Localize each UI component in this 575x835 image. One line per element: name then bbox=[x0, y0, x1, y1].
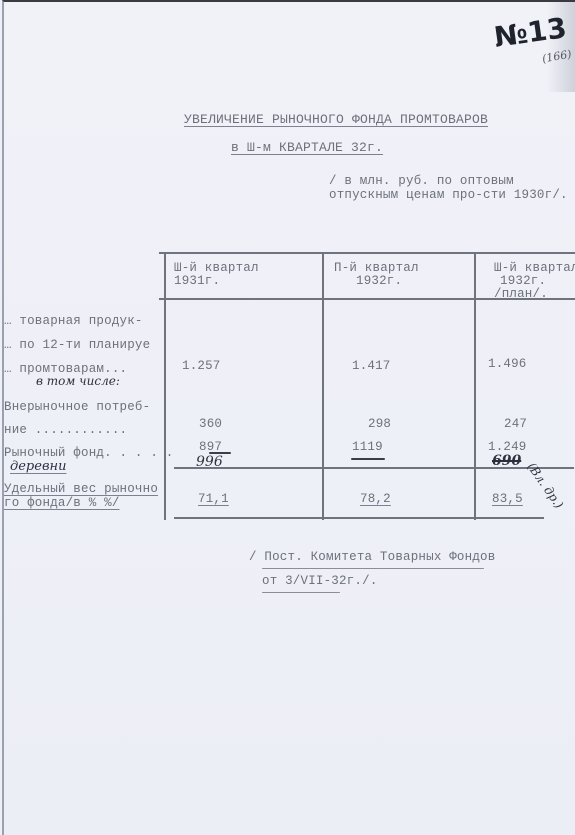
row-label-total-line1: … товарная продук- bbox=[4, 314, 143, 328]
value-share-1931-q3: 71,1 bbox=[198, 492, 229, 506]
units-note-line2: отпускным ценам про-сти 1930г/. bbox=[329, 188, 568, 202]
row-label-nonmarket-line2: ние ............ bbox=[4, 423, 127, 437]
source-line2: от 3/VII-32г./. bbox=[262, 574, 378, 588]
document-title-line2: в Ш-м КВАРТАЛЕ 32г. bbox=[231, 140, 383, 155]
units-note-line1: / в млн. руб. по оптовым bbox=[329, 174, 514, 188]
table-col-divider-2 bbox=[474, 252, 476, 520]
table-top-rule bbox=[159, 252, 575, 254]
row-label-share-line1: Удельный вес рыночно bbox=[4, 482, 158, 496]
document-page: №13 (166) УВЕЛИЧЕНИЕ РЫНОЧНОГО ФОНДА ПРО… bbox=[2, 0, 575, 835]
source-underline-2 bbox=[262, 592, 340, 593]
value-total-1932-q2: 1.417 bbox=[352, 359, 391, 373]
value-total-1931-q3: 1.257 bbox=[182, 359, 221, 373]
table-col-divider-1 bbox=[322, 252, 324, 520]
handwritten-including: в том числе: bbox=[36, 374, 120, 388]
handwritten-bar bbox=[209, 452, 231, 454]
table-col-divider-0 bbox=[164, 252, 166, 520]
value-market-1932-q3-plan: 1.249 bbox=[488, 440, 527, 454]
document-title-line1: УВЕЛИЧЕНИЕ РЫНОЧНОГО ФОНДА ПРОМТОВАРОВ bbox=[184, 112, 488, 127]
handwritten-value-village-plan: 690 bbox=[492, 453, 521, 469]
table-bottom-rule bbox=[174, 517, 544, 519]
value-nonmarket-1931-q3: 360 bbox=[199, 417, 222, 431]
value-share-1932-q3-plan: 83,5 bbox=[492, 492, 523, 506]
value-total-1932-q3-plan: 1.496 bbox=[488, 357, 527, 371]
column-header-2: П-й квартал 1932г. bbox=[334, 262, 419, 288]
underline-1119 bbox=[351, 458, 385, 460]
value-share-1932-q2: 78,2 bbox=[360, 492, 391, 506]
value-market-1932-q2: 1119 bbox=[352, 440, 383, 454]
handwritten-value-village-1931: 996 bbox=[196, 454, 223, 470]
source-line1: / Пост. Комитета Товарных Фондов bbox=[249, 550, 495, 564]
row-label-market-fund: Рыночный фонд. . . . . bbox=[4, 446, 173, 460]
value-nonmarket-1932-q2: 298 bbox=[368, 417, 391, 431]
row-label-share-line2: го фонда/в % %/ bbox=[4, 496, 120, 510]
row-label-nonmarket-line1: Внерыночное потреб- bbox=[4, 400, 150, 414]
row-label-total-line2: … по 12-ти планируе bbox=[4, 338, 150, 352]
value-nonmarket-1932-q3-plan: 247 bbox=[504, 417, 527, 431]
column-header-3: Ш-й квартал 1932г. /план/. bbox=[494, 262, 575, 301]
column-header-1: Ш-й квартал 1931г. bbox=[174, 262, 259, 288]
handwritten-village: деревни bbox=[10, 459, 66, 474]
source-underline-1 bbox=[262, 568, 484, 569]
